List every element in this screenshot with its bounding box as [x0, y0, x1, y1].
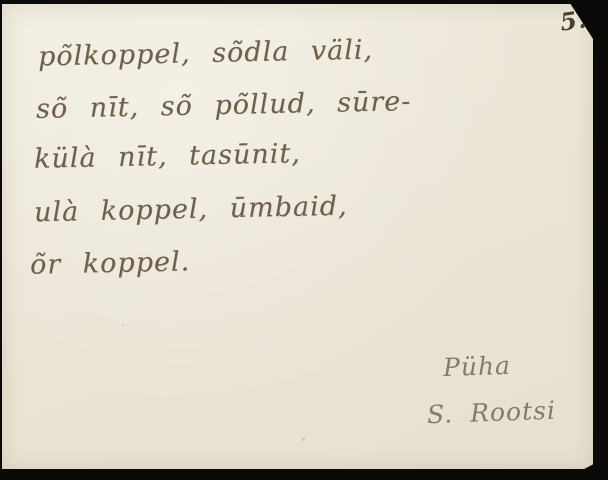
page-number: 5. — [558, 4, 589, 36]
scanned-card-image: 5. põlkoppel, sõdla väli, sõ nīt, sõ põl… — [0, 0, 608, 480]
signature-name: S. Rootsi — [427, 396, 557, 429]
handwritten-line-3: külà nīt, tasūnit, — [34, 138, 301, 175]
handwritten-line-5: õr koppel. — [30, 246, 191, 280]
paper-speck — [122, 324, 124, 326]
signature-place: Püha — [443, 351, 512, 382]
paper-speck — [302, 438, 305, 441]
handwritten-line-4: ulà koppel, ūmbaid, — [34, 191, 348, 229]
